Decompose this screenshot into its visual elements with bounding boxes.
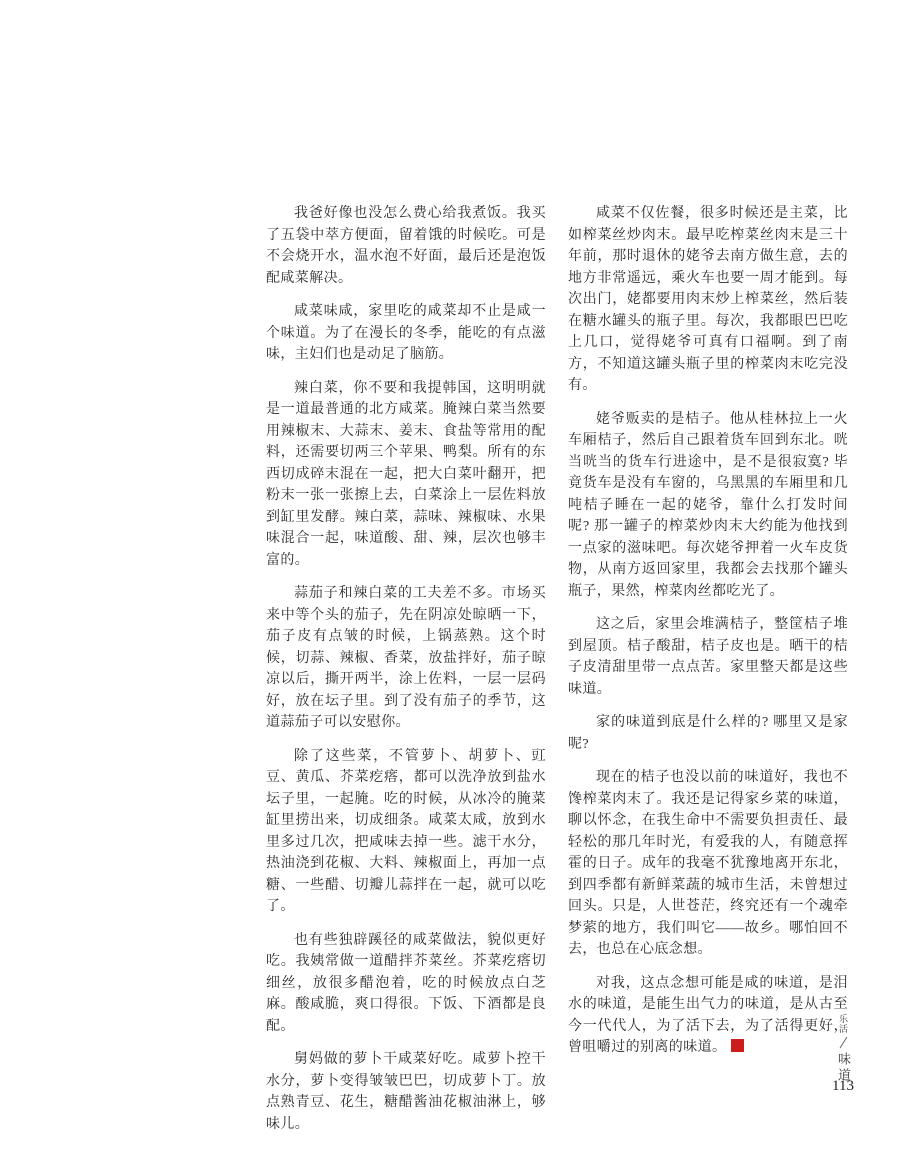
page-footer-sidebar: 乐活 味道 bbox=[831, 1014, 855, 1084]
paragraph: 家的味道到底是什么样的? 哪里又是家呢? bbox=[568, 712, 848, 755]
paragraph: 也有些独辟蹊径的咸菜做法，貌似更好吃。我姨常做一道醋拌芥菜丝。芥菜疙瘩切细丝，放… bbox=[266, 930, 546, 1038]
paragraph: 姥爷贩卖的是桔子。他从桂林拉上一火车厢桔子，然后自己跟着货车回到东北。咣当咣当的… bbox=[568, 409, 848, 603]
paragraph: 咸菜不仅佐餐，很多时候还是主菜，比如榨菜丝炒肉末。最早吃榨菜丝肉末是三十年前，那… bbox=[568, 203, 848, 397]
paragraph: 这之后，家里会堆满桔子，整筐桔子堆到屋顶。桔子酸甜，桔子皮也是。晒干的桔子皮清甜… bbox=[568, 614, 848, 700]
paragraph: 除了这些菜，不管萝卜、胡萝卜、豇豆、黄瓜、芥菜疙瘩，都可以洗净放到盐水坛子里，一… bbox=[266, 746, 546, 918]
paragraph: 舅妈做的萝卜干咸菜好吃。咸萝卜控干水分，萝卜变得皱皱巴巴，切成萝卜丁。放点熟青豆… bbox=[266, 1049, 546, 1135]
slash-divider-icon bbox=[839, 1037, 847, 1049]
magazine-page: 我爸好像也没怎么费心给我煮饭。我买了五袋中萃方便面，留着饿的时候吃。可是不会烧开… bbox=[0, 0, 899, 1150]
page-number: 113 bbox=[828, 1078, 858, 1095]
paragraph: 辣白菜，你不要和我提韩国，这明明就是一道最普通的北方咸菜。腌辣白菜当然要用辣椒末… bbox=[266, 378, 546, 572]
paragraph: 现在的桔子也没以前的味道好，我也不馋榨菜肉末了。我还是记得家乡菜的味道，聊以怀念… bbox=[568, 767, 848, 961]
article-column-right: 咸菜不仅佐餐，很多时候还是主菜，比如榨菜丝炒肉末。最早吃榨菜丝肉末是三十年前，那… bbox=[568, 203, 848, 1071]
section-label: 乐活 bbox=[838, 1014, 848, 1034]
end-of-article-mark bbox=[731, 1039, 744, 1052]
paragraph: 对我，这点念想可能是咸的味道，是泪水的味道，是能生出气力的味道，是从古至今一代代… bbox=[568, 973, 848, 1059]
paragraph: 咸菜味咸，家里吃的咸菜却不止是咸一个味道。为了在漫长的冬季，能吃的有点滋味，主妇… bbox=[266, 301, 546, 366]
paragraph: 蒜茄子和辣白菜的工夫差不多。市场买来中等个头的茄子，先在阴凉处晾晒一下，茄子皮有… bbox=[266, 583, 546, 734]
paragraph: 我爸好像也没怎么费心给我煮饭。我买了五袋中萃方便面，留着饿的时候吃。可是不会烧开… bbox=[266, 203, 546, 289]
article-column-left: 我爸好像也没怎么费心给我煮饭。我买了五袋中萃方便面，留着饿的时候吃。可是不会烧开… bbox=[266, 203, 546, 1147]
